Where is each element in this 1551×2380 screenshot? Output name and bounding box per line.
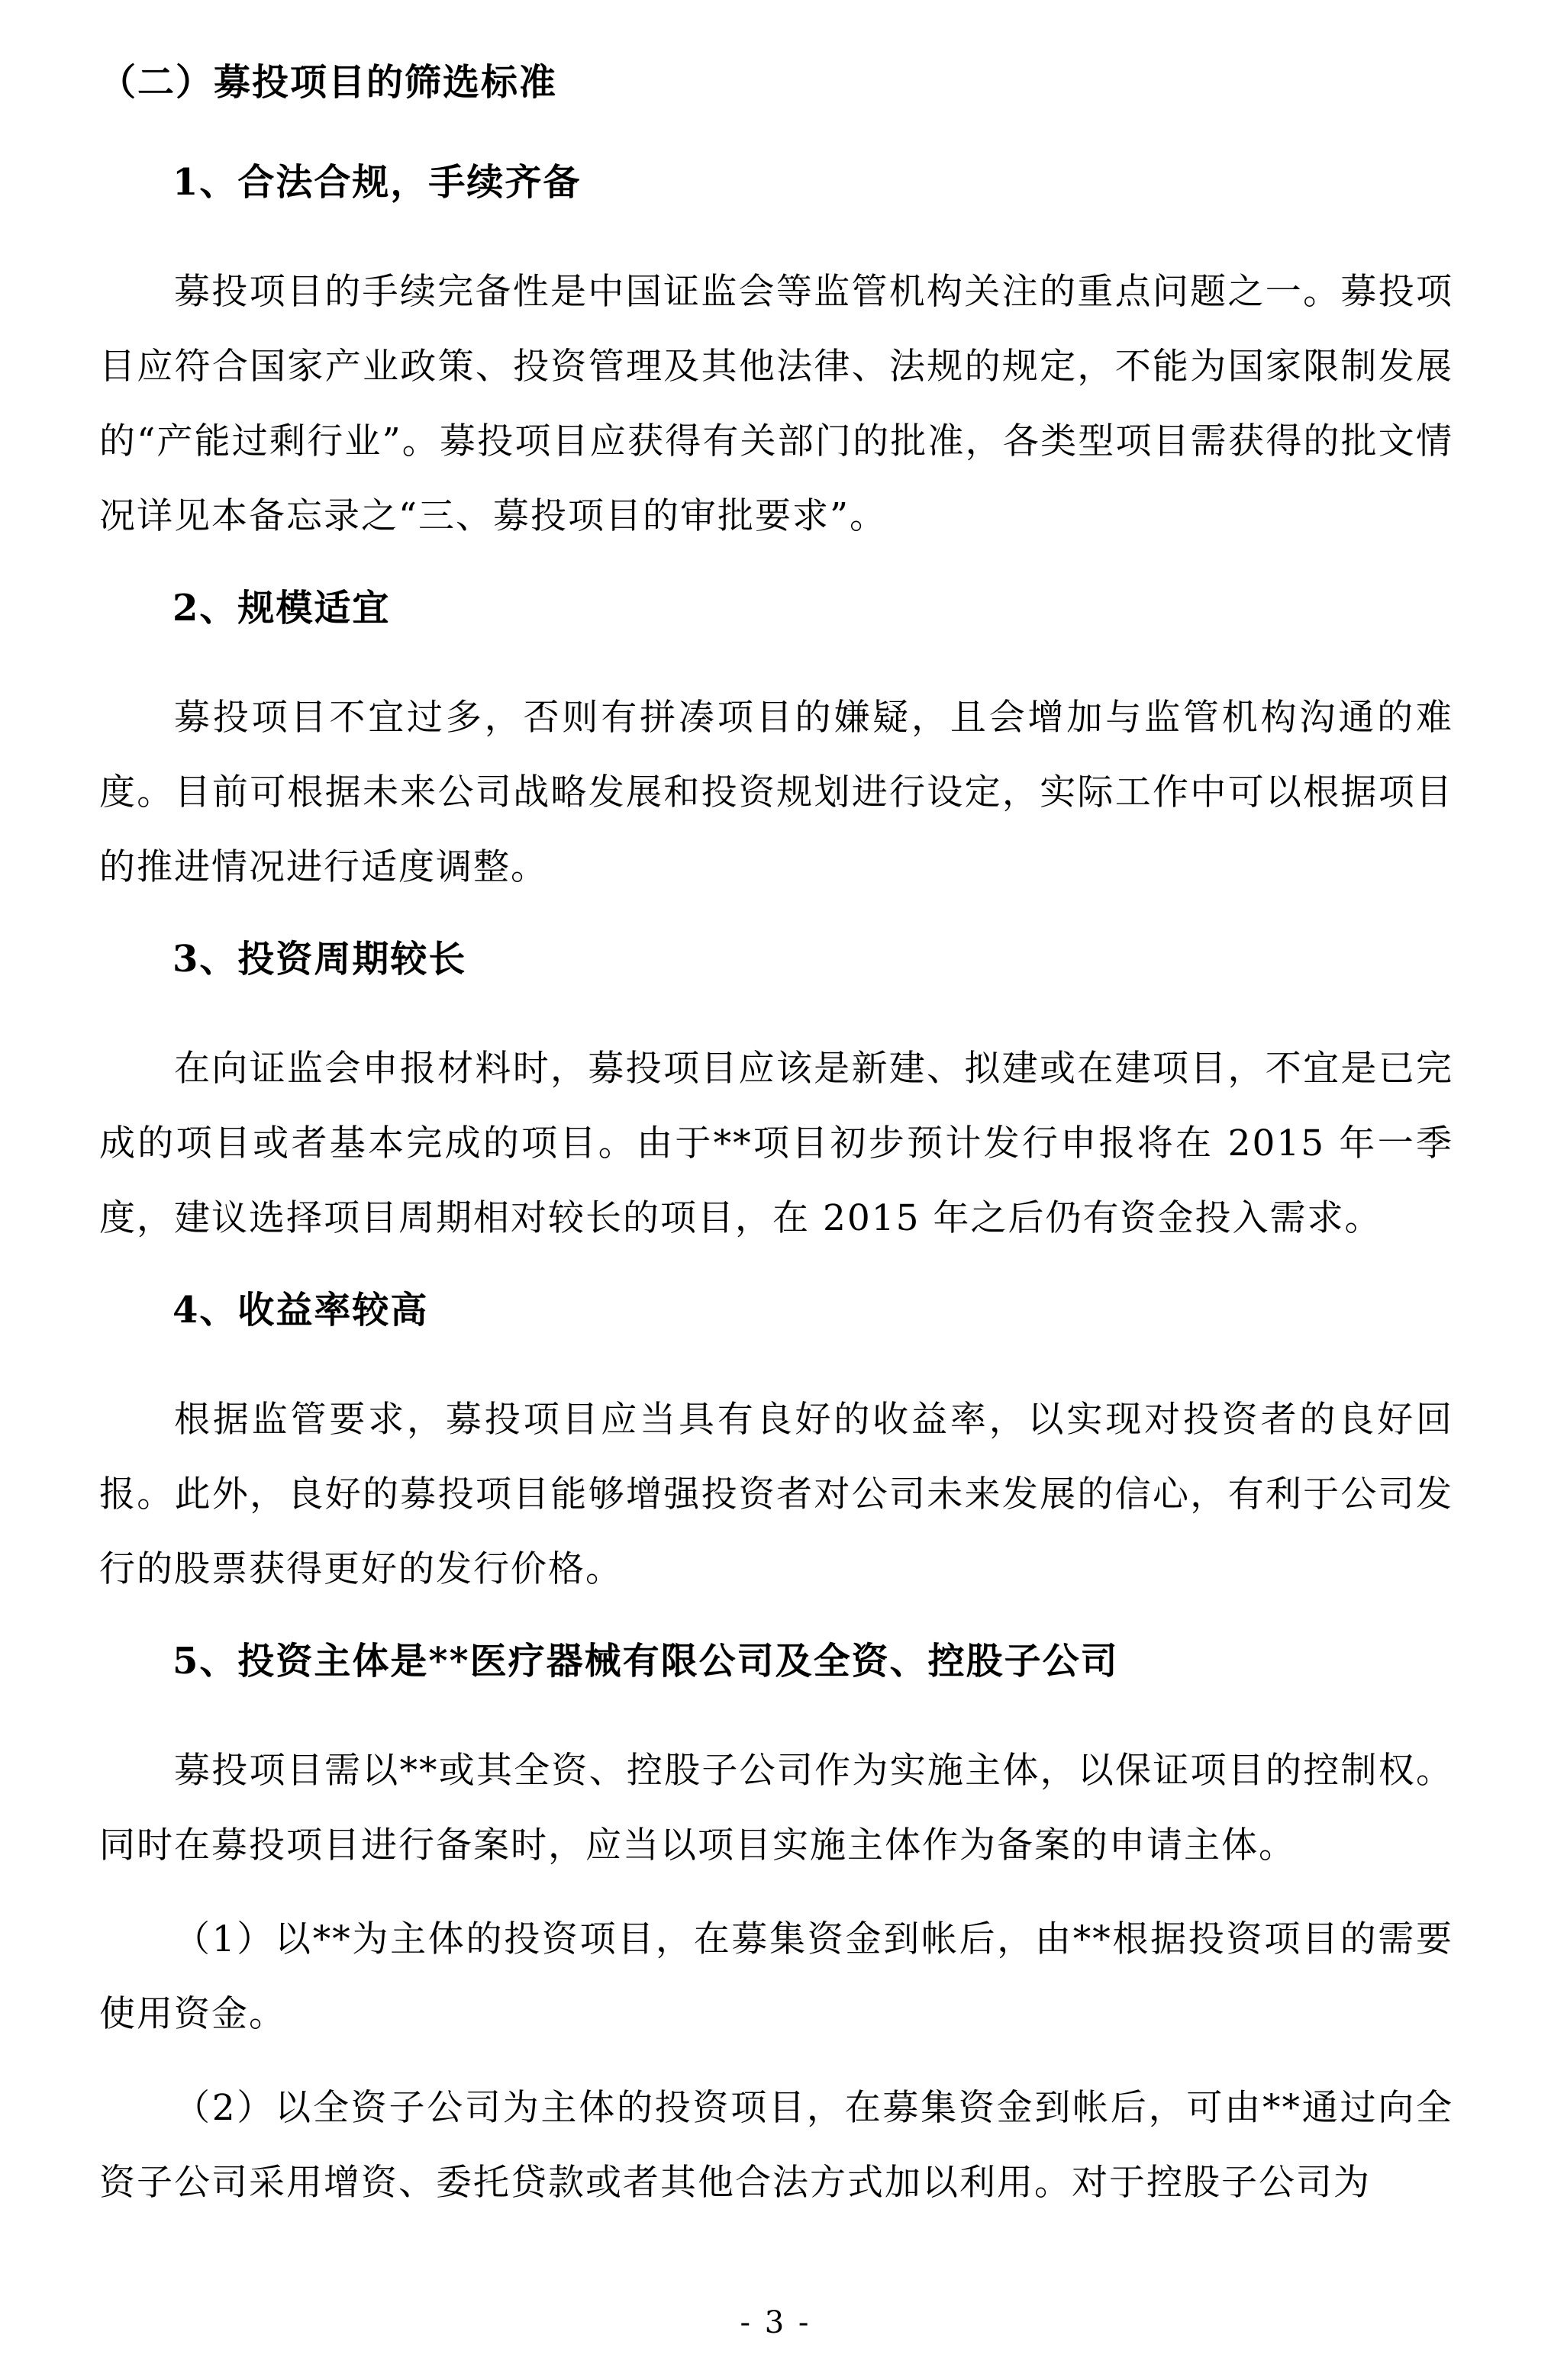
subsection-title-5: 5、投资主体是**医疗器械有限公司及全资、控股子公司 — [99, 1642, 1453, 1680]
paragraph: 根据监管要求，募投项目应当具有良好的收益率，以实现对投资者的良好回报。此外，良好… — [99, 1383, 1453, 1607]
paragraph: 募投项目的手续完备性是中国证监会等监管机构关注的重点问题之一。募投项目应符合国家… — [99, 255, 1453, 554]
section-heading: （二）募投项目的筛选标准 — [99, 64, 1453, 101]
subsection-title-3: 3、投资周期较长 — [99, 940, 1453, 978]
paragraph: 募投项目需以**或其全资、控股子公司作为实施主体，以保证项目的控制权。同时在募投… — [99, 1734, 1453, 1883]
document-page: （二）募投项目的筛选标准 1、合法合规，手续齐备 募投项目的手续完备性是中国证监… — [0, 0, 1551, 2380]
subsection-title-2: 2、规模适宜 — [99, 589, 1453, 627]
page-number: - 3 - — [0, 2308, 1551, 2338]
paragraph: （2）以全资子公司为主体的投资项目，在募集资金到帐后，可由**通过向全资子公司采… — [99, 2071, 1453, 2221]
paragraph: （1）以**为主体的投资项目，在募集资金到帐后，由**根据投资项目的需要使用资金… — [99, 1902, 1453, 2052]
subsection-title-4: 4、收益率较高 — [99, 1291, 1453, 1329]
subsection-title-1: 1、合法合规，手续齐备 — [99, 163, 1453, 201]
paragraph: 在向证监会申报材料时，募投项目应该是新建、拟建或在建项目，不宜是已完成的项目或者… — [99, 1032, 1453, 1256]
paragraph: 募投项目不宜过多，否则有拼凑项目的嫌疑，且会增加与监管机构沟通的难度。目前可根据… — [99, 681, 1453, 905]
